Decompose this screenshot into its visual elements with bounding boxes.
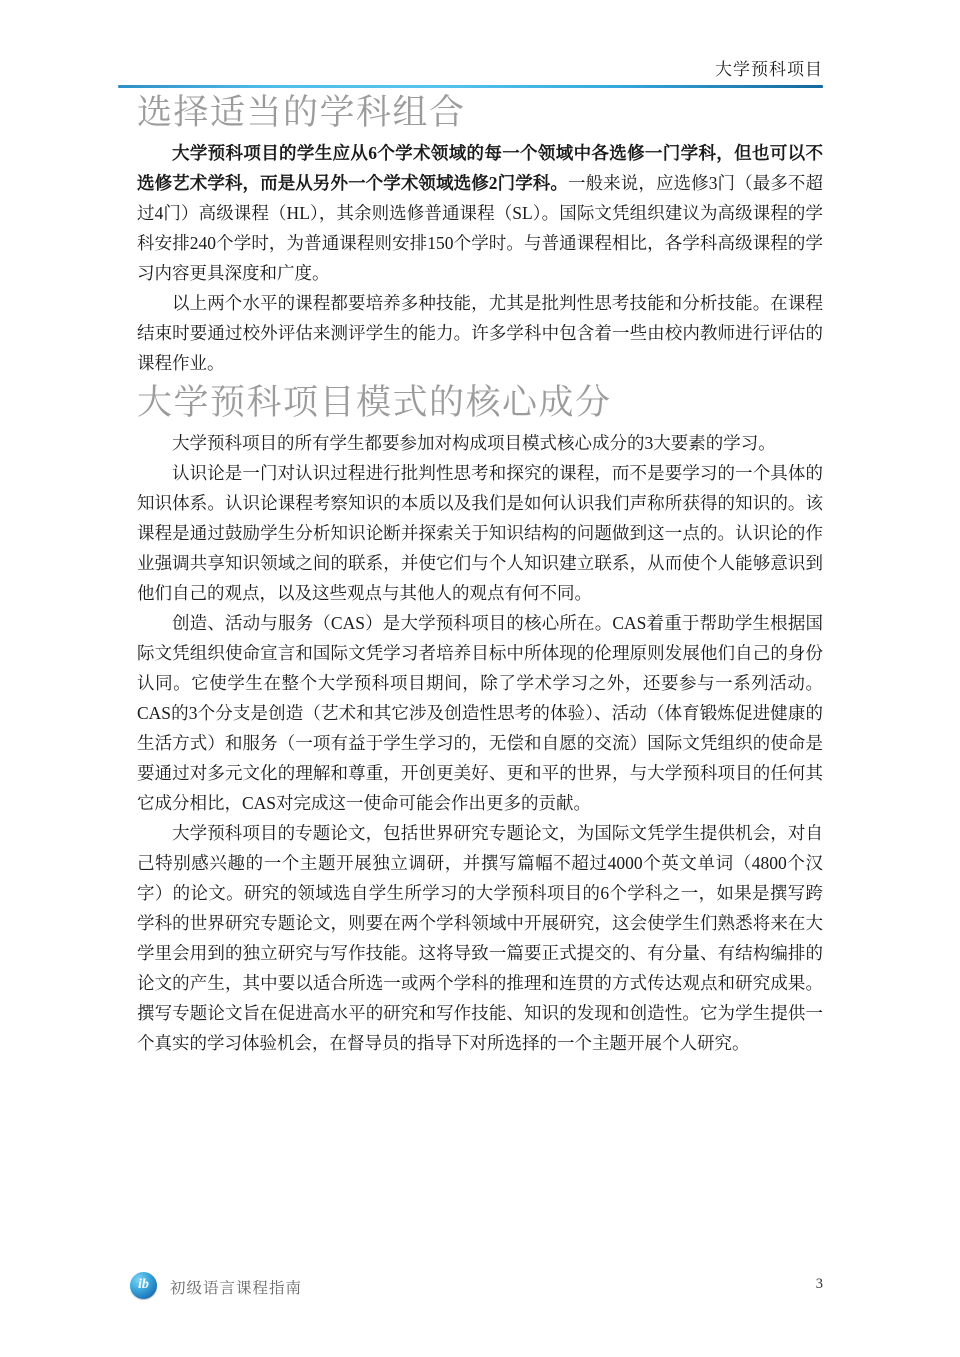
paragraph: 大学预科项目的所有学生都要参加对构成项目模式核心成分的3大要素的学习。 [137, 428, 823, 458]
paragraph: 大学预科项目的学生应从6个学术领域的每一个领域中各选修一门学科，但也可以不选修艺… [137, 138, 823, 288]
paragraph: 以上两个水平的课程都要培养多种技能，尤其是批判性思考技能和分析技能。在课程结束时… [137, 288, 823, 378]
paragraph: 创造、活动与服务（CAS）是大学预科项目的核心所在。CAS着重于帮助学生根据国际… [137, 608, 823, 818]
page-content: 大学预科项目 选择适当的学科组合 大学预科项目的学生应从6个学术领域的每一个领域… [137, 0, 823, 1058]
paragraph: 大学预科项目的专题论文，包括世界研究专题论文，为国际文凭学生提供机会，对自己特别… [137, 818, 823, 1058]
page-number: 3 [816, 1276, 823, 1293]
running-header-title: 大学预科项目 [715, 60, 823, 79]
running-header: 大学预科项目 [137, 0, 823, 82]
ib-logo-icon: ib [130, 1272, 157, 1299]
paragraph: 认识论是一门对认识过程进行批判性思考和探究的课程，而不是要学习的一个具体的知识体… [137, 458, 823, 608]
page-footer: ib 初级语言课程指南 3 [137, 1270, 823, 1306]
footer-doc-title: 初级语言课程指南 [170, 1276, 302, 1298]
section-heading-core-components: 大学预科项目模式的核心成分 [137, 378, 823, 428]
document-page: 大学预科项目 选择适当的学科组合 大学预科项目的学生应从6个学术领域的每一个领域… [0, 0, 960, 1357]
section-heading-subject-combination: 选择适当的学科组合 [137, 88, 823, 138]
